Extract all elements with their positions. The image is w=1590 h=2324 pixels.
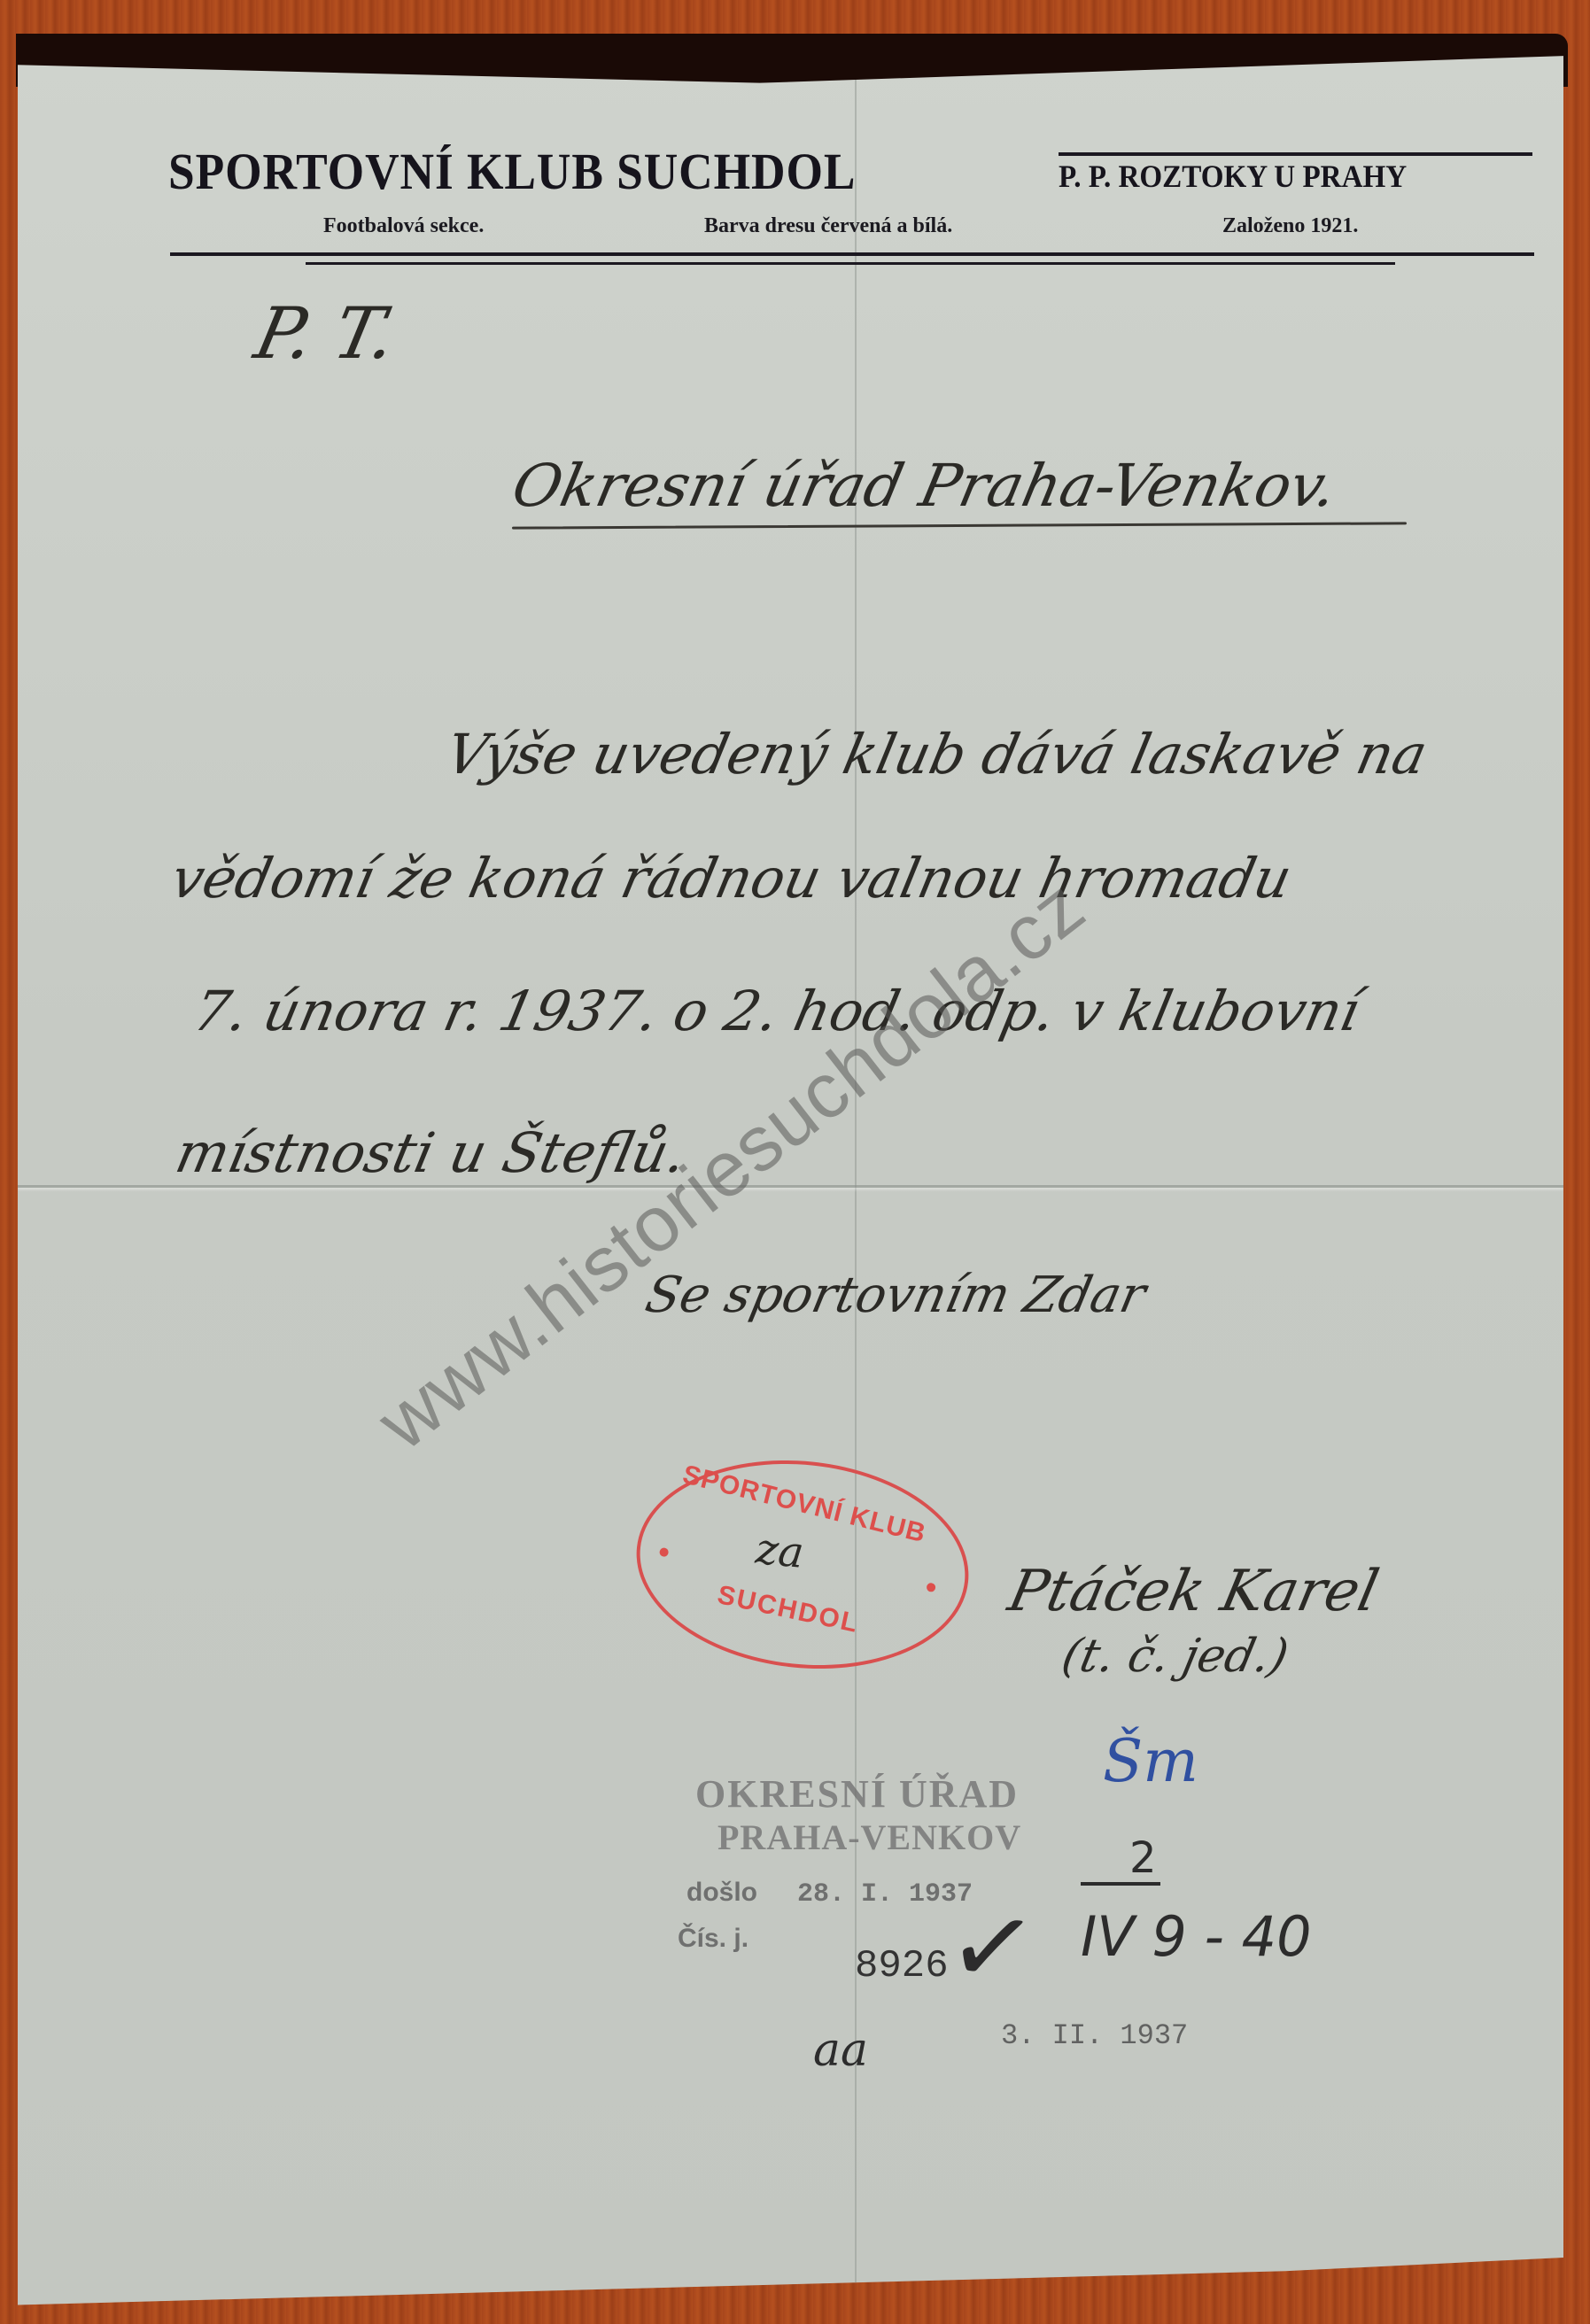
registration-number: 8926 <box>855 1944 949 1988</box>
club-stamp-dot <box>927 1583 936 1592</box>
letterhead-section: Footbalová sekce. <box>323 214 484 238</box>
file-reference: IV 9 - 40 <box>1081 1904 1312 1969</box>
body-line-4: místnosti u Šteflů. <box>170 1120 692 1185</box>
body-line-2: vědomí že koná řádnou valnou hromadu <box>166 846 1297 910</box>
received-label: došlo <box>686 1878 757 1908</box>
body-line-3: 7. února r. 1937. o 2. hod. odp. v klubo… <box>188 979 1366 1043</box>
addressee: Okresní úřad Praha-Venkov. <box>507 452 1343 520</box>
body-line-1: Výše uvedený klub dává laskavě na <box>440 722 1432 786</box>
letterhead-rule <box>170 252 1534 256</box>
file-ref-rule <box>1081 1882 1160 1886</box>
letterhead-jersey-colors: Barva dresu červená a bílá. <box>704 214 952 238</box>
club-stamp-handwritten-za: za <box>754 1524 806 1578</box>
letterhead-founded: Založeno 1921. <box>1222 214 1358 238</box>
handwritten-initials: aa <box>813 2024 868 2077</box>
blue-ink-initials: Šm <box>1103 1727 1198 1795</box>
office-receipt-stamp: OKRESNÍ ÚŘAD PRAHA-VENKOV <box>695 1771 1021 1858</box>
file-ref-superscript: 2 <box>1129 1833 1157 1883</box>
club-stamp-bottom-text: SUCHDOL <box>715 1580 862 1639</box>
letterhead-address: P. P. ROZTOKY U PRAHY <box>1059 158 1407 195</box>
received-date: 28. I. 1937 <box>797 1879 973 1910</box>
closing: Se sportovním Zdar <box>640 1267 1151 1324</box>
letterhead-title: SPORTOVNÍ KLUB SUCHDOL <box>168 142 856 201</box>
salutation: P. T. <box>248 292 403 375</box>
processed-date-stamp: 3. II. 1937 <box>1001 2019 1188 2052</box>
checkmark-icon: ✓ <box>940 1881 1045 2016</box>
club-stamp-dot <box>659 1547 669 1557</box>
office-stamp-line-2: PRAHA-VENKOV <box>717 1817 1021 1858</box>
office-stamp-line-1: OKRESNÍ ÚŘAD <box>695 1771 1021 1817</box>
number-label: Čís. j. <box>678 1924 748 1954</box>
letterhead-address-rule <box>1059 152 1532 156</box>
letterhead-rule-inner <box>306 262 1395 265</box>
signature: Ptáček Karel <box>1003 1559 1384 1624</box>
horizontal-fold-line <box>18 1185 1563 1188</box>
signature-role: (t. č. jed.) <box>1058 1630 1293 1683</box>
